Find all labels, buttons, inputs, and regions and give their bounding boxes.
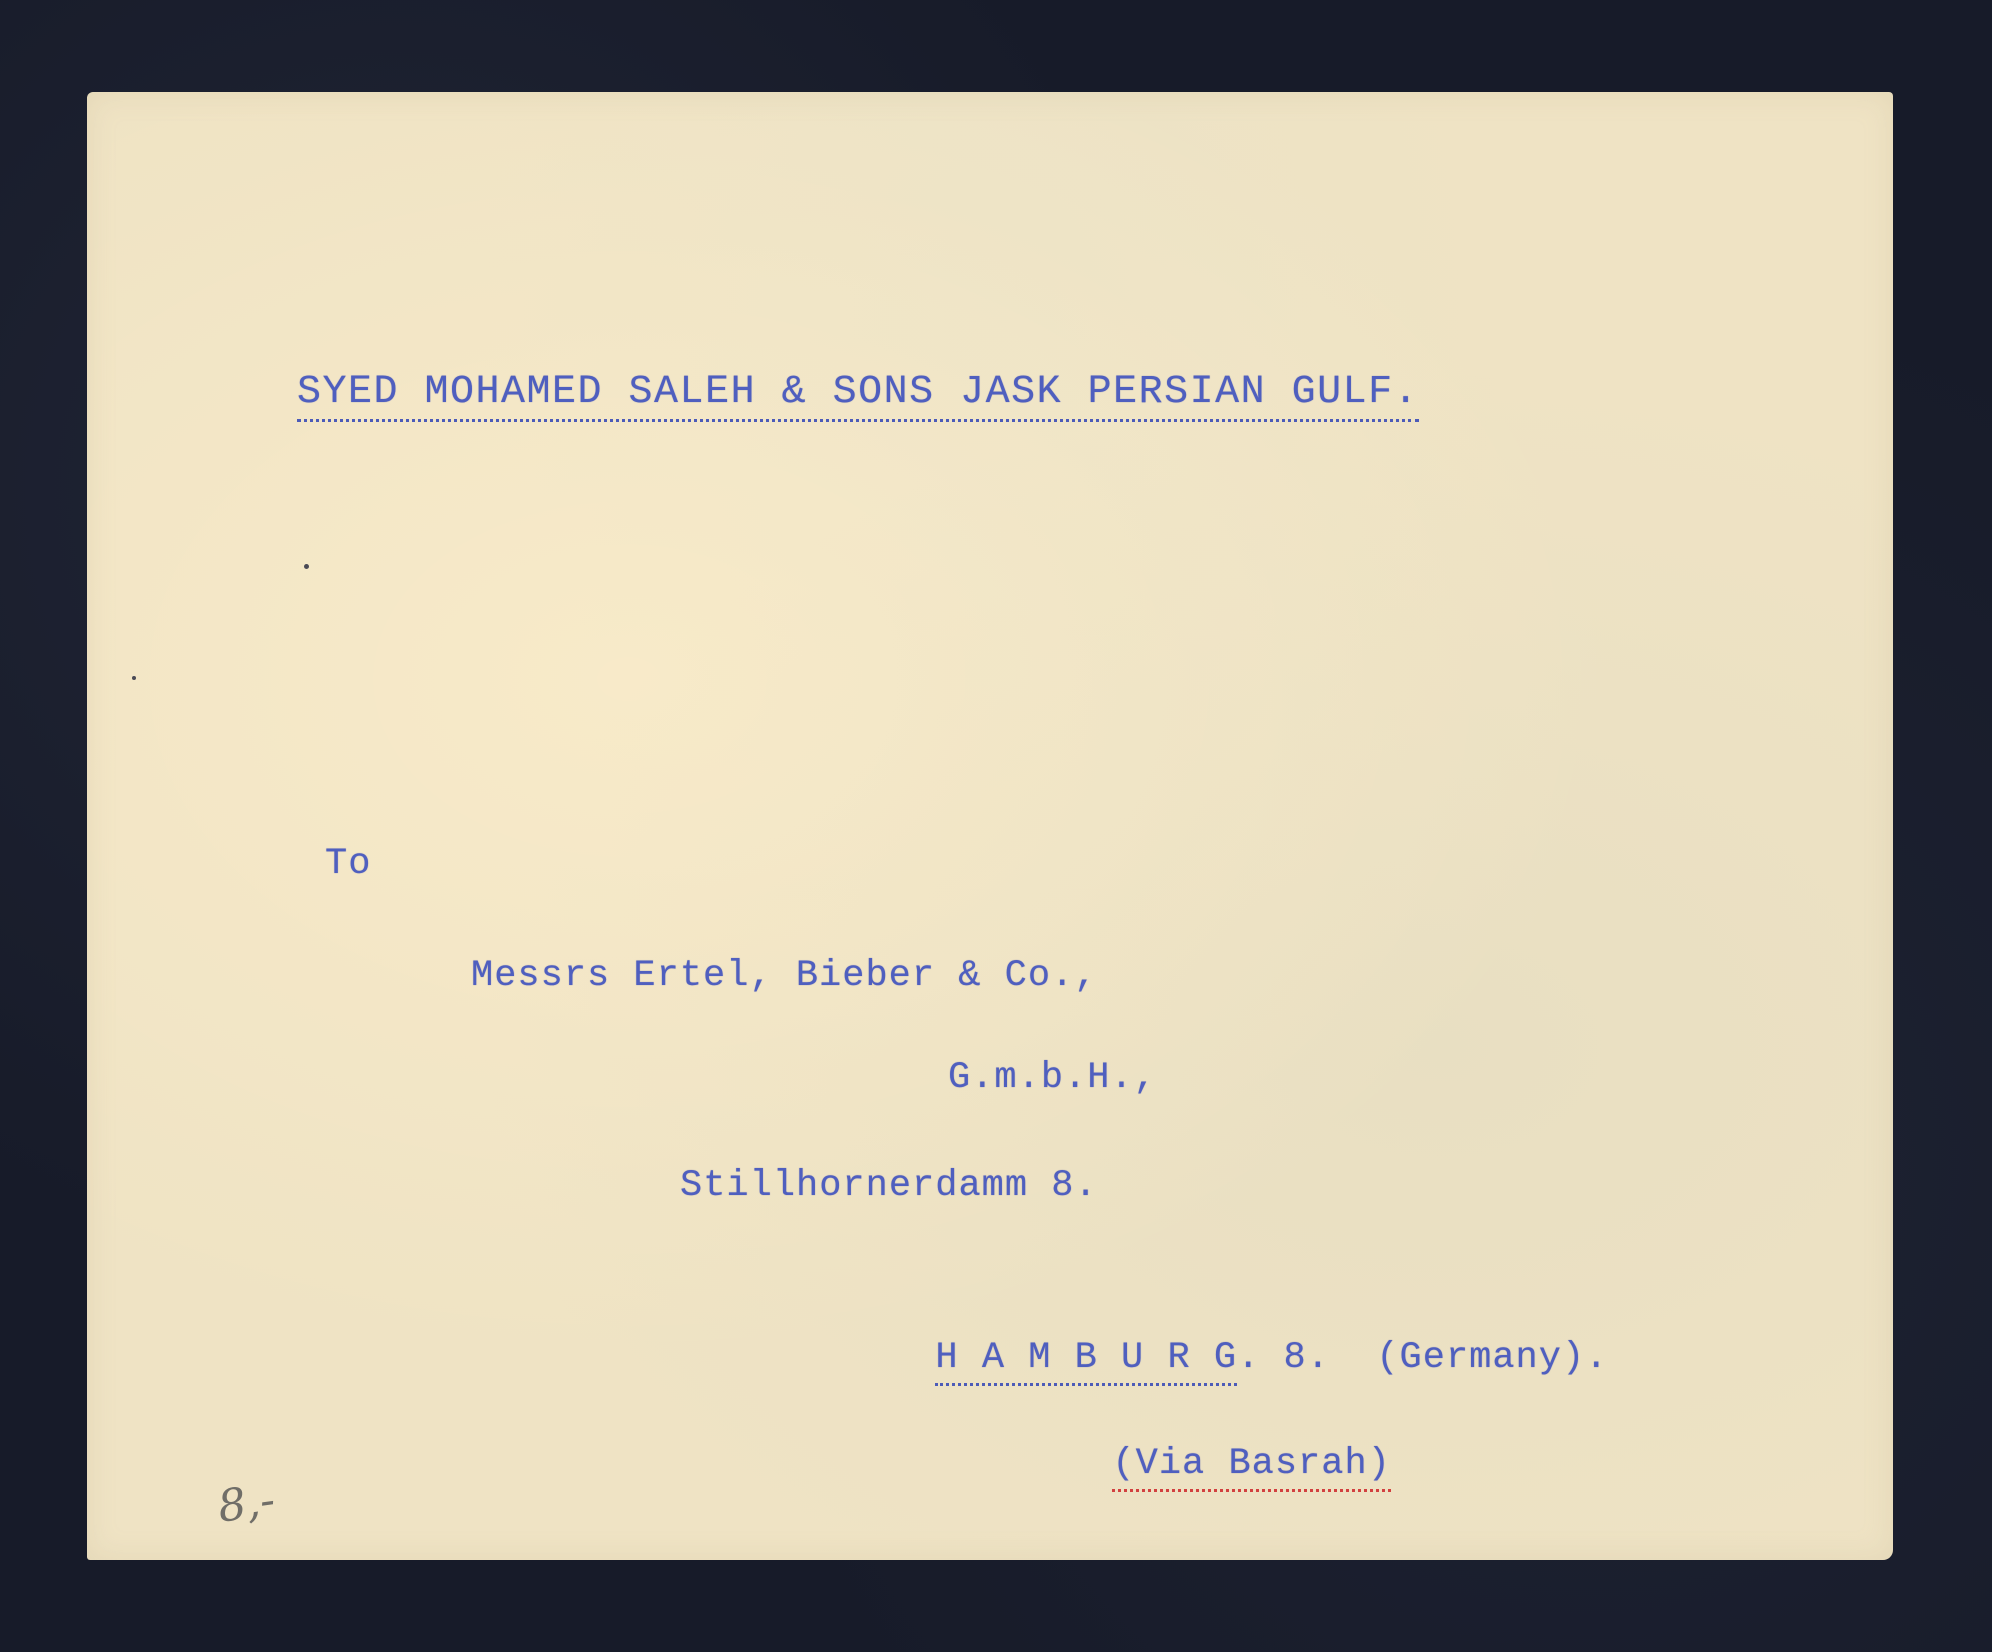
ink-speck (304, 564, 309, 569)
recipient-city-suffix: . 8. (1237, 1337, 1353, 1379)
recipient-company-form: G.m.b.H., (948, 1057, 1157, 1099)
ink-speck (132, 676, 136, 680)
pencil-price-note: 8,- (215, 1474, 278, 1532)
sender-line: SYED MOHAMED SALEH & SONS JASK PERSIAN G… (297, 370, 1419, 422)
recipient-city-line: H A M B U R G. 8. (Germany). (889, 1295, 1608, 1379)
recipient-name: Messrs Ertel, Bieber & Co., (471, 955, 1098, 997)
routing-line: (Via Basrah) (1066, 1401, 1391, 1485)
to-label: To (325, 843, 371, 885)
recipient-city: H A M B U R G (935, 1337, 1237, 1386)
routing-instruction: (Via Basrah) (1112, 1443, 1390, 1492)
recipient-country: (Germany). (1376, 1337, 1608, 1379)
recipient-street: Stillhornerdamm 8. (680, 1165, 1098, 1207)
